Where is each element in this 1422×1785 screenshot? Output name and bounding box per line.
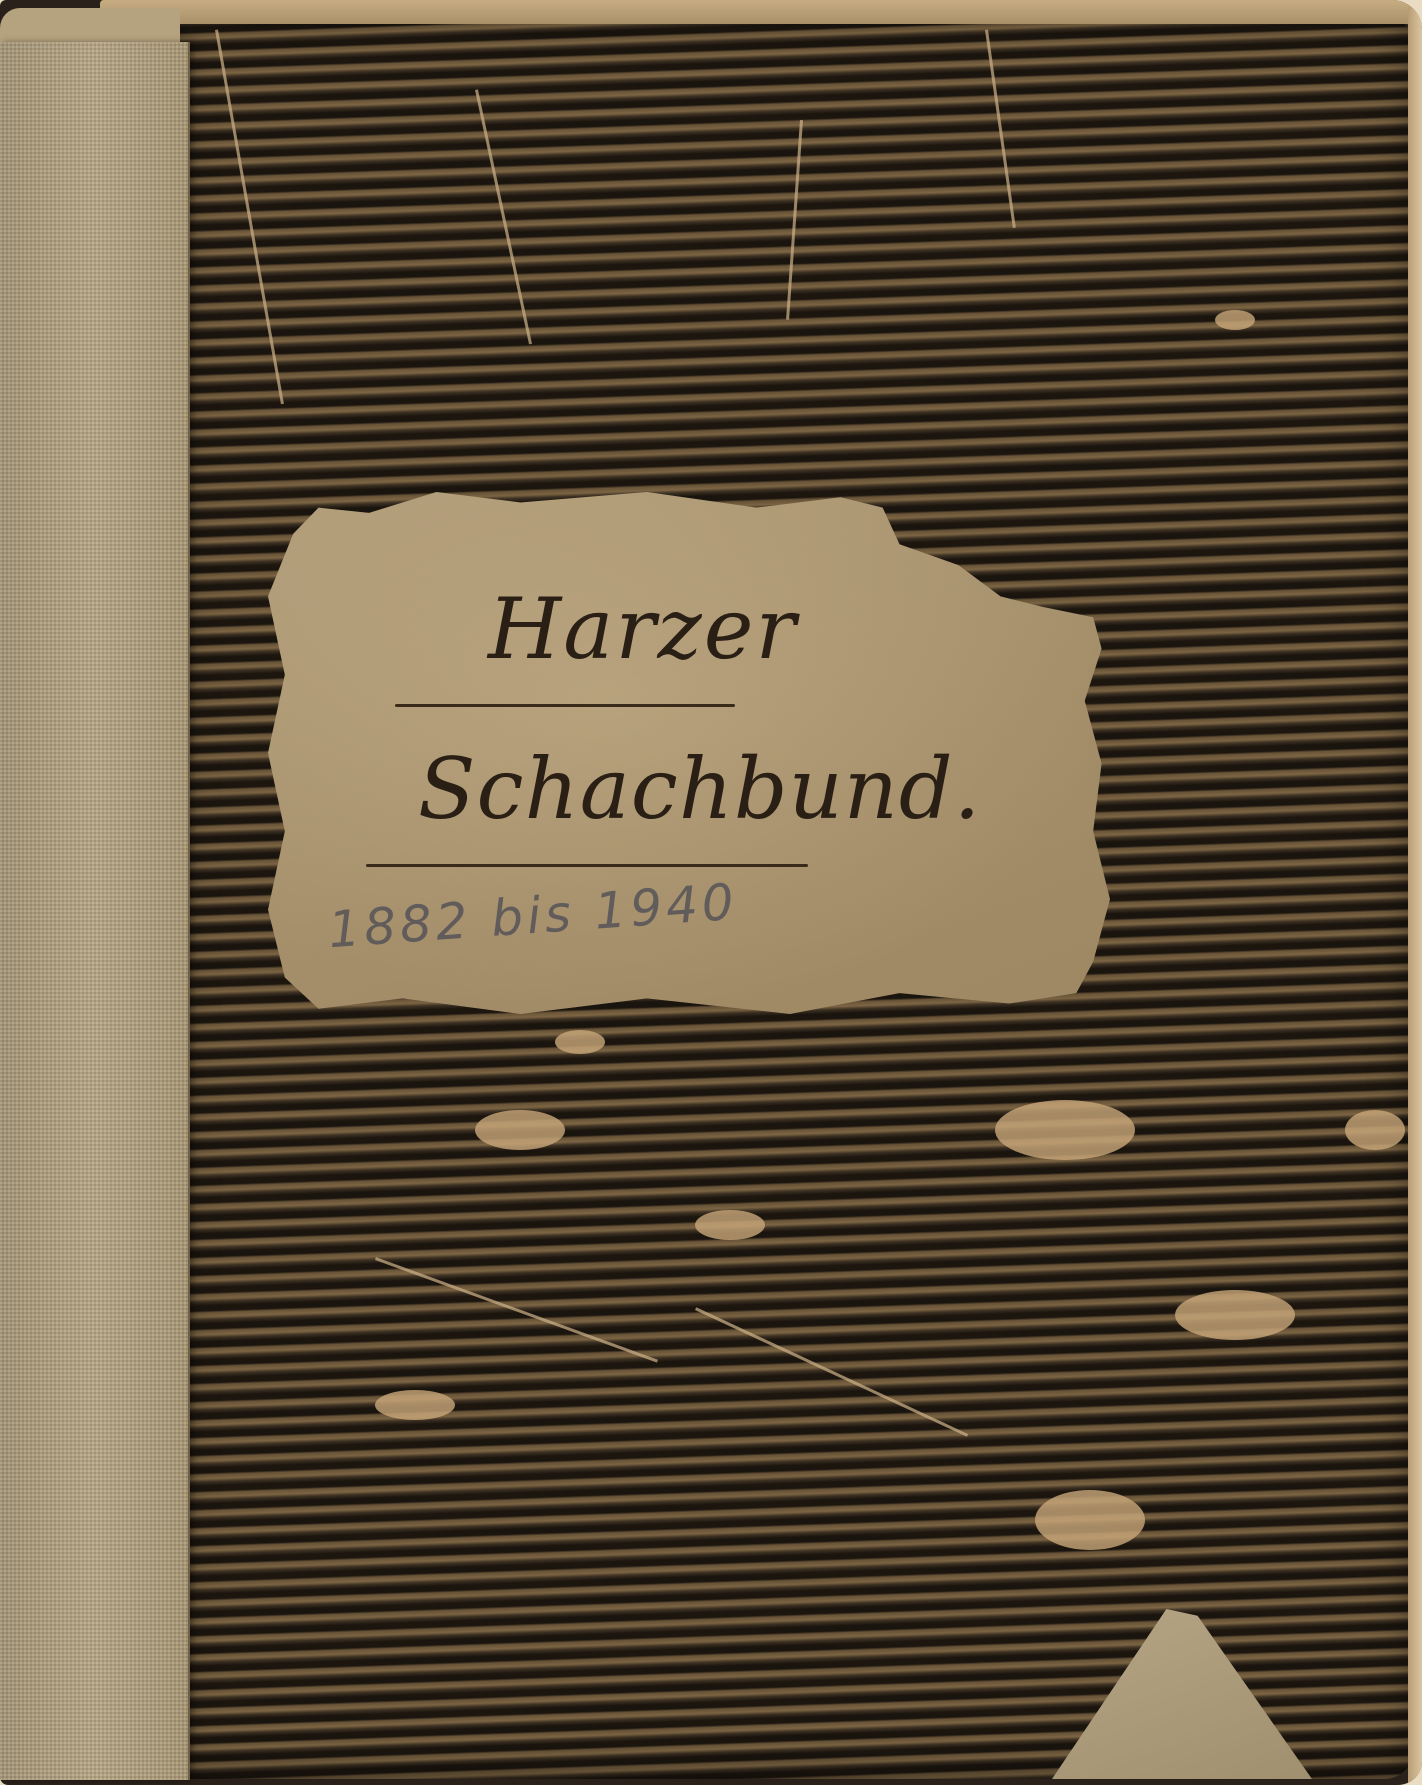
cover-right-edge (1408, 0, 1422, 1785)
wear-spot (1215, 310, 1255, 330)
scratch (215, 29, 284, 404)
scratch (375, 1257, 658, 1362)
wear-spot (995, 1100, 1135, 1160)
scratch (786, 120, 803, 320)
cover-top-edge (100, 0, 1422, 24)
wear-spot (1035, 1490, 1145, 1550)
cloth-spine (0, 42, 190, 1780)
book: Harzer Schachbund. 1882 bis 1940 (0, 0, 1422, 1785)
wear-spot (695, 1210, 765, 1240)
wear-spot (1175, 1290, 1295, 1340)
label-title-line1: Harzer (488, 580, 798, 678)
scratch (985, 30, 1016, 228)
underline-2 (366, 864, 808, 867)
scratch (695, 1307, 968, 1437)
wear-spot (555, 1030, 605, 1054)
wear-spot (475, 1110, 565, 1150)
label-title-line2: Schachbund. (418, 740, 981, 838)
scratch (475, 89, 532, 344)
underline-1 (395, 704, 735, 707)
wear-spot (1345, 1110, 1405, 1150)
wear-spot (375, 1390, 455, 1420)
label-pencil-date-range: 1882 bis 1940 (326, 873, 739, 959)
